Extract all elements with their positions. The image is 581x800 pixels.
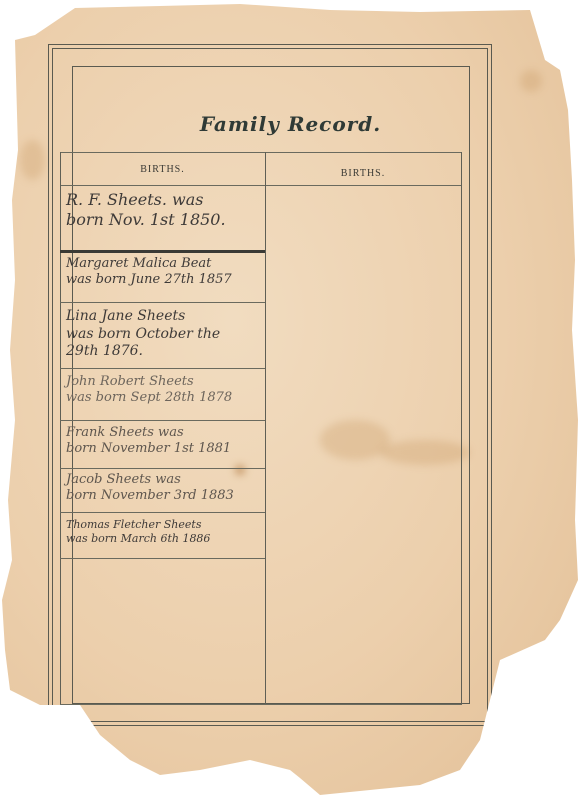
entry-line: born November 1st 1881 xyxy=(66,441,262,457)
birth-entry: Jacob Sheets was born November 3rd 1883 xyxy=(66,472,262,505)
page-title: Family Record. xyxy=(0,112,581,136)
entry-line: Margaret Malica Beat xyxy=(66,256,262,272)
entry-line: born Nov. 1st 1850. xyxy=(66,210,262,230)
entry-rule xyxy=(60,302,265,303)
entry-rule xyxy=(60,420,265,421)
entry-line: John Robert Sheets xyxy=(66,374,262,390)
entry-line: Jacob Sheets was xyxy=(66,472,262,488)
table-bottom-rule xyxy=(60,704,462,705)
birth-entry: John Robert Sheets was born Sept 28th 18… xyxy=(66,374,262,407)
entry-line: Lina Jane Sheets xyxy=(66,308,262,326)
entry-rule xyxy=(60,512,265,513)
header-top-rule xyxy=(60,152,462,153)
births-header-right: BIRTHS. xyxy=(265,168,461,179)
entry-line: Thomas Fletcher Sheets xyxy=(66,518,262,532)
entry-rule xyxy=(60,368,265,369)
birth-entry: Thomas Fletcher Sheets was born March 6t… xyxy=(66,518,262,546)
entry-rule xyxy=(60,250,265,253)
entry-line: was born March 6th 1886 xyxy=(66,532,262,546)
column-divider xyxy=(265,152,266,704)
entry-line: was born June 27th 1857 xyxy=(66,272,262,288)
entry-line: born November 3rd 1883 xyxy=(66,488,262,504)
births-header-left: BIRTHS. xyxy=(60,164,265,175)
entry-line: was born October the xyxy=(66,326,262,344)
table-left-rule xyxy=(60,152,61,704)
entry-rule xyxy=(60,468,265,469)
aged-paper-sheet: Family Record. BIRTHS. BIRTHS. R. F. She… xyxy=(0,0,581,800)
birth-entry: R. F. Sheets. was born Nov. 1st 1850. xyxy=(66,190,262,230)
entry-line: Frank Sheets was xyxy=(66,425,262,441)
entry-line: R. F. Sheets. was xyxy=(66,190,262,210)
entry-line: 29th 1876. xyxy=(66,343,262,361)
birth-entry: Margaret Malica Beat was born June 27th … xyxy=(66,256,262,289)
entry-line: was born Sept 28th 1878 xyxy=(66,390,262,406)
entry-rule xyxy=(60,558,265,559)
birth-entry: Frank Sheets was born November 1st 1881 xyxy=(66,425,262,458)
table-right-rule xyxy=(461,152,462,704)
birth-entry: Lina Jane Sheets was born October the 29… xyxy=(66,308,262,361)
header-bottom-rule xyxy=(60,185,462,186)
